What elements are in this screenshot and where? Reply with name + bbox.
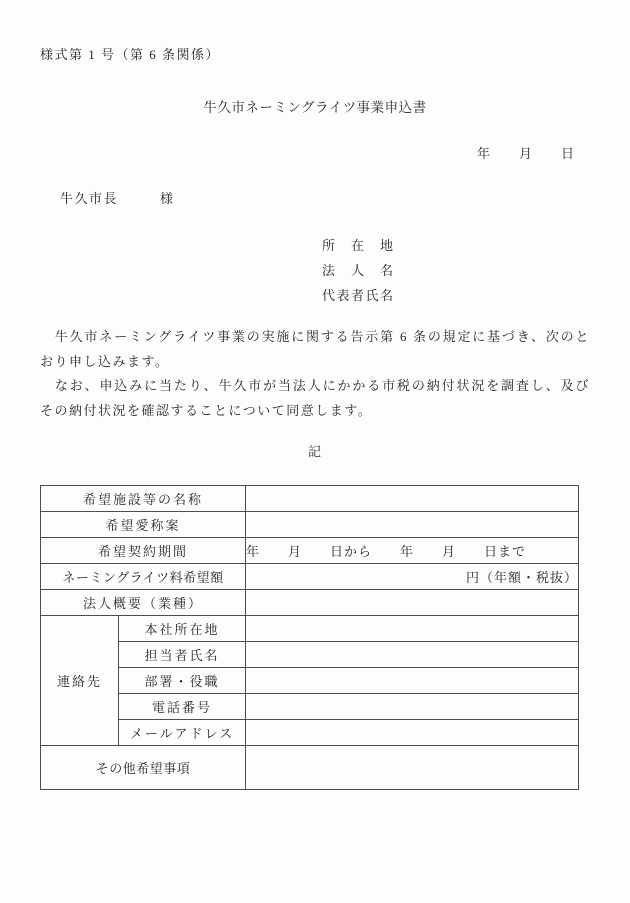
document-title: 牛久市ネーミングライツ事業申込書 (40, 98, 590, 118)
applicant-block: 所 在 地 法 人 名 代表者氏名 (322, 233, 590, 308)
other-requests-value-cell (246, 746, 579, 790)
body-paragraph-application: 牛久市ネーミングライツ事業の実施に関する告示第 6 条の規定に基づき、次のとおり… (40, 325, 590, 374)
contract-period-label-cell: 希望契約期間 (41, 538, 246, 564)
application-form-page: 様式第 1 号（第 6 条関係） 牛久市ネーミングライツ事業申込書 年 月 日 … (0, 0, 630, 903)
company-profile-value-cell (246, 590, 579, 616)
facility-name-value-cell (246, 486, 579, 512)
applicant-representative-label: 代表者氏名 (322, 283, 590, 308)
fee-value-cell: 円（年額・税抜） (246, 564, 579, 590)
contact-hq-address-label-cell: 本社所在地 (119, 616, 246, 642)
addressee-honorific: 様 (160, 191, 175, 206)
form-number: 様式第 1 号（第 6 条関係） (40, 46, 590, 64)
application-table: 希望施設等の名称 希望愛称案 希望契約期間 年 月 日から 年 月 日まで ネー… (40, 485, 579, 790)
nickname-value-cell (246, 512, 579, 538)
contact-person-label-cell: 担当者氏名 (119, 642, 246, 668)
contact-email-label-cell: メールアドレス (119, 720, 246, 746)
table-row: ネーミングライツ料希望額 円（年額・税抜） (41, 564, 579, 590)
contact-phone-value-cell (246, 694, 579, 720)
table-row: 担当者氏名 (41, 642, 579, 668)
company-profile-label-cell: 法人概要（業種） (41, 590, 246, 616)
section-marker-ki: 記 (40, 442, 590, 462)
table-row: 法人概要（業種） (41, 590, 579, 616)
contact-department-value-cell (246, 668, 579, 694)
table-row: 電話番号 (41, 694, 579, 720)
table-row: 希望愛称案 (41, 512, 579, 538)
body-text: 牛久市ネーミングライツ事業の実施に関する告示第 6 条の規定に基づき、次のとおり… (40, 325, 590, 423)
table-row: メールアドレス (41, 720, 579, 746)
addressee: 牛久市長 (60, 191, 118, 206)
contact-email-value-cell (246, 720, 579, 746)
fee-label-cell: ネーミングライツ料希望額 (41, 564, 246, 590)
addressee-line: 牛久市長様 (60, 190, 590, 208)
other-requests-label-cell: その他希望事項 (41, 746, 246, 790)
table-row: 希望施設等の名称 (41, 486, 579, 512)
contact-label-cell: 連絡先 (41, 616, 119, 746)
body-paragraph-consent: なお、申込みに当たり、牛久市が当法人にかかる市税の納付状況を調査し、及びその納付… (40, 374, 590, 423)
table-row: 連絡先 本社所在地 (41, 616, 579, 642)
applicant-address-label: 所 在 地 (322, 233, 590, 258)
table-row: その他希望事項 (41, 746, 579, 790)
applicant-corporation-name-label: 法 人 名 (322, 258, 590, 283)
contact-phone-label-cell: 電話番号 (119, 694, 246, 720)
contact-person-value-cell (246, 642, 579, 668)
nickname-label-cell: 希望愛称案 (41, 512, 246, 538)
facility-name-label-cell: 希望施設等の名称 (41, 486, 246, 512)
date-line: 年 月 日 (40, 145, 590, 163)
contact-department-label-cell: 部署・役職 (119, 668, 246, 694)
contract-period-value-cell: 年 月 日から 年 月 日まで (246, 538, 579, 564)
contact-hq-address-value-cell (246, 616, 579, 642)
table-row: 部署・役職 (41, 668, 579, 694)
table-row: 希望契約期間 年 月 日から 年 月 日まで (41, 538, 579, 564)
